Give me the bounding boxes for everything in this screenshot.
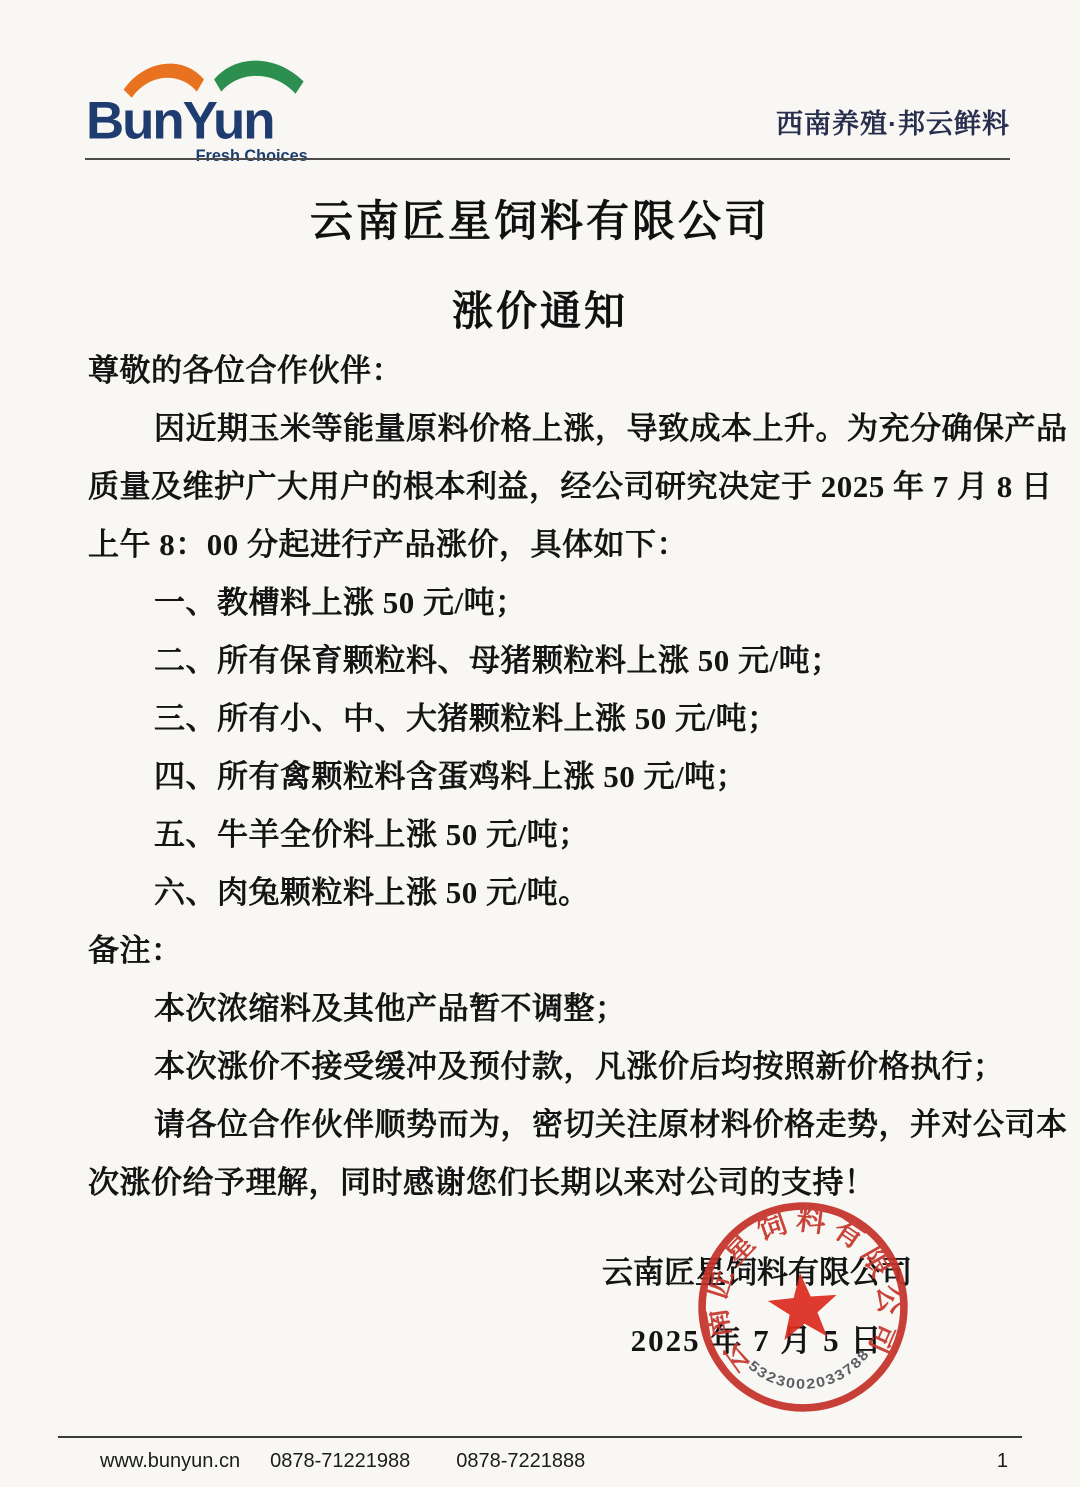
company-title: 云南匠星饲料有限公司: [0, 188, 1080, 249]
signoff-block: 云南匠星饲料有限公司 2025 年 7 月 5 日: [552, 1250, 962, 1364]
footer-phone-2: 0878-7221888: [456, 1450, 585, 1473]
footer-phone-1: 0878-71221988: [270, 1450, 410, 1473]
footer-divider: [58, 1436, 1022, 1438]
body-line: 请各位合作伙伴顺势而为，密切关注原材料价格走势，并对公司本: [88, 1096, 1004, 1154]
body-line-remark-label: 备注：: [88, 922, 1004, 980]
body-line-item-1: 一、教槽料上涨 50 元/吨；: [88, 574, 1004, 632]
body-line: 因近期玉米等能量原料价格上涨，导致成本上升。为充分确保产品: [88, 400, 1004, 458]
body-line-item-5: 五、牛羊全价料上涨 50 元/吨；: [88, 806, 1004, 864]
body-line: 次涨价给予理解，同时感谢您们长期以来对公司的支持！: [88, 1154, 1004, 1212]
notice-title: 涨价通知: [0, 278, 1080, 337]
body-line-item-3: 三、所有小、中、大猪颗粒料上涨 50 元/吨；: [88, 690, 1004, 748]
body-line-salutation: 尊敬的各位合作伙伴：: [88, 342, 1004, 400]
footer: www.bunyun.cn 0878-71221988 0878-7221888: [100, 1450, 585, 1473]
signoff-date: 2025 年 7 月 5 日: [552, 1318, 962, 1364]
notice-body: 尊敬的各位合作伙伴： 因近期玉米等能量原料价格上涨，导致成本上升。为充分确保产品…: [88, 342, 1004, 1212]
header-divider: [85, 158, 1010, 160]
logo-wordmark: BunYun: [86, 91, 274, 150]
body-line-remark-2: 本次涨价不接受缓冲及预付款，凡涨价后均按照新价格执行；: [88, 1038, 1004, 1096]
body-line-item-2: 二、所有保育颗粒料、母猪颗粒料上涨 50 元/吨；: [88, 632, 1004, 690]
body-line: 质量及维护广大用户的根本利益，经公司研究决定于 2025 年 7 月 8 日: [88, 458, 1004, 516]
page-number: 1: [997, 1450, 1008, 1473]
body-line-item-4: 四、所有禽颗粒料含蛋鸡料上涨 50 元/吨；: [88, 748, 1004, 806]
body-line-item-6: 六、肉兔颗粒料上涨 50 元/吨。: [88, 864, 1004, 922]
signoff-company: 云南匠星饲料有限公司: [552, 1250, 962, 1296]
bunyun-logo-icon: BunYun Fresh Choices: [86, 58, 326, 166]
footer-website: www.bunyun.cn: [100, 1450, 240, 1473]
bunyun-logo: BunYun Fresh Choices: [86, 58, 326, 162]
logo-tagline: Fresh Choices: [196, 147, 308, 165]
brand-slogan: 西南养殖·邦云鲜料: [776, 102, 1010, 141]
body-line-remark-1: 本次浓缩料及其他产品暂不调整；: [88, 980, 1004, 1038]
document-page: BunYun Fresh Choices 西南养殖·邦云鲜料 云南匠星饲料有限公…: [0, 0, 1080, 1487]
logo-green-arc-icon: [214, 61, 303, 94]
body-line: 上午 8：00 分起进行产品涨价，具体如下：: [88, 516, 1004, 574]
